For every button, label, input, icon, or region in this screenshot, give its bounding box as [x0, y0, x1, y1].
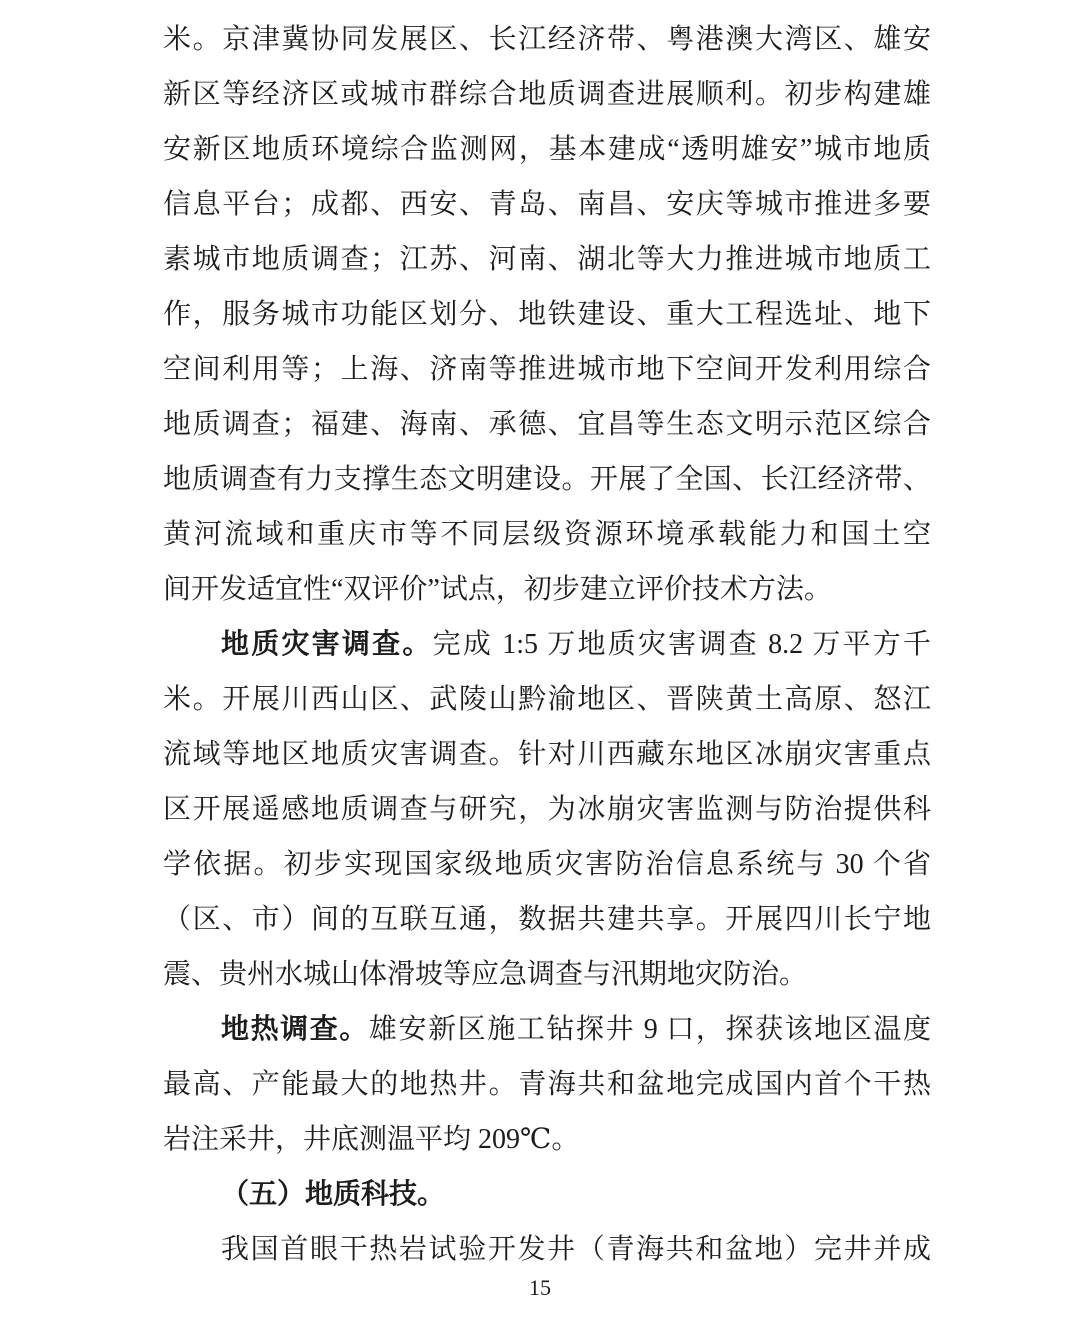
- paragraph-geohazard-survey-line: 区开展遥感地质调查与研究，为冰崩灾害监测与防治提供科: [163, 782, 931, 837]
- body-text: 学依据。初步实现国家级地质灾害防治信息系统与 30 个省: [163, 849, 931, 880]
- bold-lead-text: 地质灾害调查。: [221, 629, 433, 660]
- document-page: 米。京津冀协同发展区、长江经济带、粤港澳大湾区、雄安新区等经济区或城市群综合地质…: [0, 0, 1080, 1317]
- paragraph-geohazard-survey-line: 地质灾害调查。完成 1:5 万地质灾害调查 8.2 万平方千: [163, 617, 931, 672]
- paragraph-geothermal-survey-line: 最高、产能最大的地热井。青海共和盆地完成国内首个干热: [163, 1057, 931, 1112]
- section-heading-geoscience-technology: （五）地质科技。: [163, 1167, 931, 1222]
- body-text: （区、市）间的互联互通，数据共建共享。开展四川长宁地: [163, 904, 931, 935]
- body-text: 黄河流域和重庆市等不同层级资源环境承载能力和国土空: [163, 519, 931, 550]
- paragraph-regional-urban-geology-line: 间开发适宜性“双评价”试点，初步建立评价技术方法。: [163, 562, 931, 617]
- body-text: 空间利用等；上海、济南等推进城市地下空间开发利用综合: [163, 354, 931, 385]
- paragraph-hot-dry-rock-well-line: 我国首眼干热岩试验开发井（青海共和盆地）完井并成: [163, 1222, 931, 1277]
- body-text: 我国首眼干热岩试验开发井（青海共和盆地）完井并成: [221, 1234, 931, 1265]
- body-text: 米。开展川西山区、武陵山黔渝地区、晋陕黄土高原、怒江: [163, 684, 931, 715]
- body-text: 完成 1:5 万地质灾害调查 8.2 万平方千: [433, 629, 931, 660]
- paragraph-geohazard-survey-line: 震、贵州水城山体滑坡等应急调查与汛期地灾防治。: [163, 947, 931, 1002]
- body-text: 安新区地质环境综合监测网，基本建成“透明雄安”城市地质: [163, 134, 931, 165]
- paragraph-geothermal-survey-line: 地热调查。雄安新区施工钻探井 9 口，探获该地区温度: [163, 1002, 931, 1057]
- paragraph-regional-urban-geology-line: 米。京津冀协同发展区、长江经济带、粤港澳大湾区、雄安: [163, 12, 931, 67]
- document-body: 米。京津冀协同发展区、长江经济带、粤港澳大湾区、雄安新区等经济区或城市群综合地质…: [163, 12, 931, 1277]
- paragraph-geothermal-survey-line: 岩注采井，井底测温平均 209℃。: [163, 1112, 931, 1167]
- paragraph-regional-urban-geology-line: 安新区地质环境综合监测网，基本建成“透明雄安”城市地质: [163, 122, 931, 177]
- body-text: 地质调查有力支撑生态文明建设。开展了全国、长江经济带、: [163, 464, 931, 495]
- body-text: 间开发适宜性“双评价”试点，初步建立评价技术方法。: [163, 574, 832, 605]
- paragraph-geohazard-survey-line: 学依据。初步实现国家级地质灾害防治信息系统与 30 个省: [163, 837, 931, 892]
- paragraph-regional-urban-geology-line: 黄河流域和重庆市等不同层级资源环境承载能力和国土空: [163, 507, 931, 562]
- body-text: 地质调查；福建、海南、承德、宜昌等生态文明示范区综合: [163, 409, 931, 440]
- bold-lead-text: 地热调查。: [221, 1014, 369, 1045]
- paragraph-regional-urban-geology-line: 空间利用等；上海、济南等推进城市地下空间开发利用综合: [163, 342, 931, 397]
- paragraph-regional-urban-geology-line: 作，服务城市功能区划分、地铁建设、重大工程选址、地下: [163, 287, 931, 342]
- body-text: 最高、产能最大的地热井。青海共和盆地完成国内首个干热: [163, 1069, 931, 1100]
- body-text: 新区等经济区或城市群综合地质调查进展顺利。初步构建雄: [163, 79, 931, 110]
- paragraph-regional-urban-geology-line: 素城市地质调查；江苏、河南、湖北等大力推进城市地质工: [163, 232, 931, 287]
- body-text: 流域等地区地质灾害调查。针对川西藏东地区冰崩灾害重点: [163, 739, 931, 770]
- body-text: 岩注采井，井底测温平均 209℃。: [163, 1124, 579, 1155]
- paragraph-regional-urban-geology-line: 新区等经济区或城市群综合地质调查进展顺利。初步构建雄: [163, 67, 931, 122]
- paragraph-regional-urban-geology-line: 信息平台；成都、西安、青岛、南昌、安庆等城市推进多要: [163, 177, 931, 232]
- body-text: 素城市地质调查；江苏、河南、湖北等大力推进城市地质工: [163, 244, 931, 275]
- paragraph-geohazard-survey-line: （区、市）间的互联互通，数据共建共享。开展四川长宁地: [163, 892, 931, 947]
- page-number: 15: [0, 1270, 1080, 1306]
- body-text: 米。京津冀协同发展区、长江经济带、粤港澳大湾区、雄安: [163, 24, 931, 55]
- body-text: 作，服务城市功能区划分、地铁建设、重大工程选址、地下: [163, 299, 931, 330]
- body-text: 区开展遥感地质调查与研究，为冰崩灾害监测与防治提供科: [163, 794, 931, 825]
- paragraph-geohazard-survey-line: 米。开展川西山区、武陵山黔渝地区、晋陕黄土高原、怒江: [163, 672, 931, 727]
- paragraph-geohazard-survey-line: 流域等地区地质灾害调查。针对川西藏东地区冰崩灾害重点: [163, 727, 931, 782]
- bold-lead-text: （五）地质科技。: [221, 1179, 445, 1210]
- paragraph-regional-urban-geology-line: 地质调查有力支撑生态文明建设。开展了全国、长江经济带、: [163, 452, 931, 507]
- body-text: 信息平台；成都、西安、青岛、南昌、安庆等城市推进多要: [163, 189, 931, 220]
- body-text: 震、贵州水城山体滑坡等应急调查与汛期地灾防治。: [163, 959, 807, 990]
- body-text: 雄安新区施工钻探井 9 口，探获该地区温度: [369, 1014, 931, 1045]
- paragraph-regional-urban-geology-line: 地质调查；福建、海南、承德、宜昌等生态文明示范区综合: [163, 397, 931, 452]
